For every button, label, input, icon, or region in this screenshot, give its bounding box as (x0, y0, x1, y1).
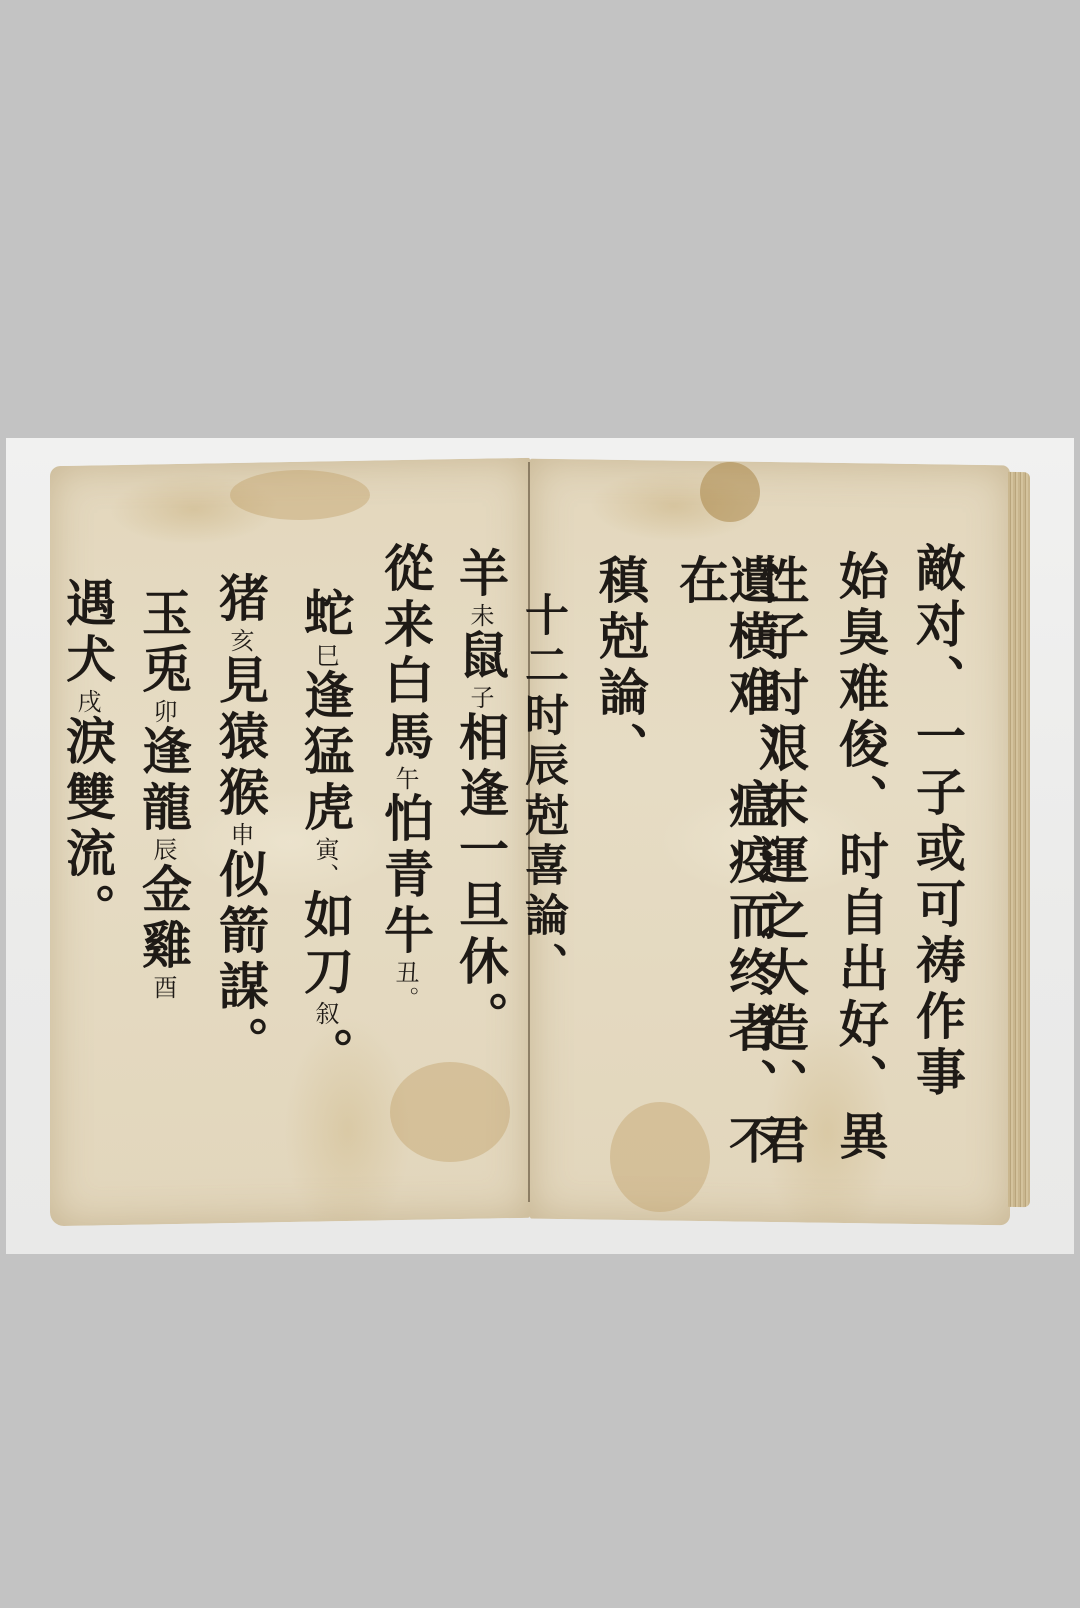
text-segment: 遇犬 (58, 577, 117, 689)
text-columns: 敵对、一子或可祷作事 始臭难俊、时自出好、異 性子时艰末運之大造、君 遺横难、瘟… (50, 462, 1030, 1222)
text-column-l4: 猪亥見猿猴申似箭謀。 (215, 572, 265, 1072)
text-column-r1: 敵对、一子或可祷作事 (912, 542, 962, 1102)
annotation-segment: 丑。 (391, 960, 419, 1012)
annotation-segment: 寅、 (311, 837, 339, 889)
text-segment: 淚雙流。 (58, 715, 117, 939)
annotation-segment: 子 (466, 685, 494, 711)
annotation-segment: 亥 (226, 628, 254, 654)
annotation-segment: 午 (391, 766, 419, 792)
text-segment: 金雞 (134, 863, 193, 975)
open-manuscript-book: 敵对、一子或可祷作事 始臭难俊、时自出好、異 性子时艰末運之大造、君 遺横难、瘟… (50, 462, 1030, 1222)
text-column-r2: 始臭难俊、时自出好、異 (835, 550, 885, 1166)
annotation-segment: 酉 (149, 975, 177, 1001)
text-segment: 從来白馬 (376, 542, 435, 766)
annotation-segment: 叙 (311, 1001, 339, 1027)
text-column-l1: 羊未鼠子相逢一旦休。 (455, 547, 505, 1047)
text-segment: 相逢一旦休。 (451, 711, 510, 1047)
annotation-segment: 未 (466, 603, 494, 629)
text-segment: 猪 (211, 572, 270, 628)
text-segment: 逢猛虎 (296, 669, 355, 837)
text-segment: 怕青牛 (376, 792, 435, 960)
text-segment: 玉兎 (134, 587, 193, 699)
text-segment: 如刀 (296, 889, 355, 1001)
text-column-r5: 稹尅論、 (595, 554, 645, 778)
text-column-gutter: 十二时辰尅喜論、 (520, 592, 564, 992)
annotation-segment: 申 (226, 822, 254, 848)
annotation-segment: 巳 (311, 643, 339, 669)
text-column-r4: 遺横难、瘟疫而终者、不在 (675, 554, 775, 1222)
text-segment: 蛇 (296, 587, 355, 643)
text-column-l2: 從来白馬午怕青牛丑。 (380, 542, 430, 1012)
annotation-segment: 卯 (149, 699, 177, 725)
text-segment: 似箭謀。 (211, 848, 270, 1072)
text-segment: 羊 (451, 547, 510, 603)
text-segment: 見猿猴 (211, 654, 270, 822)
annotation-segment: 戌 (73, 689, 101, 715)
text-column-l6: 遇犬戌淚雙流。 (62, 577, 112, 939)
text-column-l5: 玉兎卯逢龍辰金雞酉 (138, 587, 188, 1001)
text-segment: 鼠 (451, 629, 510, 685)
annotation-segment: 辰 (149, 837, 177, 863)
text-column-l3: 蛇巳逢猛虎寅、如刀叙。 (300, 587, 350, 1083)
text-segment: 逢龍 (134, 725, 193, 837)
text-segment: 。 (296, 1027, 355, 1083)
